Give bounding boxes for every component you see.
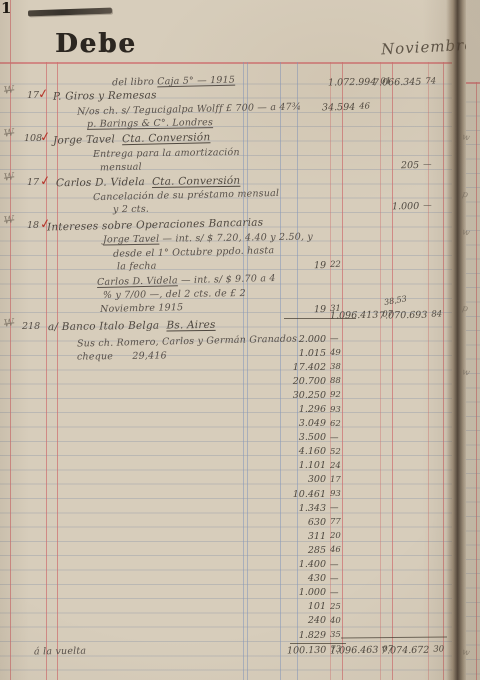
pencil-mark: w	[461, 367, 470, 378]
handwritten-line: del libro Caja 5° — 1915	[112, 75, 235, 89]
header-red-rule	[0, 62, 452, 64]
money-column-rule	[443, 62, 444, 680]
cents-rule	[428, 62, 429, 680]
column-rule	[247, 62, 248, 680]
pencil-mark: w	[461, 227, 470, 238]
pencil-mark: W	[3, 171, 15, 183]
handwritten-line: la fecha	[117, 261, 157, 273]
pencil-mark: w	[461, 647, 470, 658]
cheque-amount: 10125	[293, 600, 341, 614]
entry-title: P. Giros y Remesas	[53, 89, 157, 102]
facing-ruling	[466, 88, 480, 680]
handwritten-line: Jorge Tavel — int. s/ $ 7.20, 4.40 y 2.5…	[103, 232, 313, 246]
money-column-rule	[342, 62, 343, 680]
folio-number: 17	[27, 177, 39, 188]
cheque-amount: 17.40238	[293, 360, 341, 374]
cheque-amount-column: 2.000—1.0154917.4023820.7008830.250921.2…	[293, 332, 341, 642]
entry-title: Jorge Tavel Cta. Conversión	[53, 131, 211, 147]
facing-page-edge	[466, 0, 480, 680]
cheque-amount: 3.04962	[293, 417, 341, 431]
cheque-amount: 1.01549	[293, 346, 341, 360]
cheque-amount: 10.46193	[293, 487, 341, 501]
cheque-amount: 3.500—	[293, 431, 341, 445]
cheque-amount: 24040	[293, 614, 341, 628]
book-gutter	[446, 0, 466, 680]
entry-title: a/ Banco Italo Belga Bs. Aires	[48, 319, 216, 333]
cheque-amount: 4.16052	[293, 445, 341, 459]
carry-note: á la vuelta	[34, 646, 86, 658]
cheque-amount: 1.10124	[293, 459, 341, 473]
handwritten-line: Entrega para la amortización	[93, 147, 240, 160]
cheque-amount: 30.25092	[293, 388, 341, 402]
cheque-amount: 31120	[293, 529, 341, 543]
entry-amount: 1922	[314, 260, 341, 271]
page-number: 1	[1, 0, 11, 17]
handwritten-line: Cancelación de su préstamo mensual	[93, 188, 279, 203]
horizontal-ruling	[0, 70, 452, 680]
entry-title: Intereses sobre Operaciones Bancarias	[47, 217, 264, 234]
handwritten-line: desde el 1° Octubre ppdo. hasta	[113, 245, 274, 260]
check-column-rule	[57, 62, 58, 680]
handwritten-line: Carlos D. Videla — int. s/ $ 9.70 a 4	[97, 273, 276, 288]
column-rule	[243, 62, 244, 680]
facing-header-rule	[466, 82, 480, 84]
folio-number: 218	[22, 321, 40, 332]
pencil-mark: W	[3, 84, 15, 96]
cheque-amount: 20.70088	[293, 374, 341, 388]
total-rule	[341, 637, 447, 639]
entry-amount: 205—	[401, 160, 434, 172]
running-balance: 7.070.69384	[379, 309, 443, 321]
handwritten-line: Noviembre 1915	[100, 302, 184, 315]
cheque-amount: 430—	[293, 572, 341, 586]
entry-title: Carlos D. Videla Cta. Conversión	[56, 175, 240, 190]
posting-check-icon: ✓	[39, 129, 52, 145]
posting-check-icon: ✓	[37, 86, 50, 102]
column-total: 7.074.67230	[381, 644, 445, 656]
cheque-amount: 30017	[293, 473, 341, 487]
cheque-amount: 28546	[293, 543, 341, 557]
ledger-scan-page: 1 Debe Noviembre W W W W W 17 108 17 18 …	[0, 0, 480, 680]
handwritten-line: % y 7/00 —, del 2 cts. de £ 2	[103, 288, 246, 301]
cheque-amount: 1.000—	[293, 586, 341, 600]
pencil-mark: W	[3, 127, 15, 139]
pencil-mark: W	[3, 214, 15, 226]
facing-margin-rule	[476, 82, 477, 680]
pencil-mark: W	[3, 317, 15, 329]
cheque-amount: 2.000—	[293, 332, 341, 346]
cheque-amount: 1.400—	[293, 558, 341, 572]
cents-rule	[380, 62, 381, 680]
correction-note: 38,53	[383, 294, 407, 307]
page-title: Debe	[55, 29, 137, 59]
cheque-amount: 1.343—	[293, 501, 341, 515]
handwritten-line: Sus ch. Romero, Carlos y Germán Granados	[77, 334, 297, 350]
check-column-rule	[46, 62, 47, 680]
posting-check-icon: ✓	[39, 173, 52, 189]
entry-amount: 1.000—	[392, 201, 434, 213]
money-column-rule	[392, 62, 393, 680]
cheque-amount: 63077	[293, 515, 341, 529]
stamp-smudge	[28, 8, 112, 17]
handwritten-line: mensual	[100, 162, 142, 174]
folio-number: 18	[27, 220, 39, 231]
entry-amount: 34.59446	[322, 102, 370, 114]
column-rule	[280, 62, 281, 680]
opening-balance: 7.066.34574	[373, 76, 437, 88]
handwritten-line: y 2 cts.	[113, 204, 149, 216]
pencil-mark: w	[461, 132, 470, 143]
handwritten-line: cheque 29,416	[77, 350, 167, 362]
cheque-amount: 1.29693	[293, 402, 341, 416]
handwritten-line: p. Barings & C°. Londres	[87, 117, 213, 130]
handwritten-line: N/os ch. s/ Tegucigalpa Wolff £ 700 — a …	[77, 101, 301, 117]
cheque-amount: 1.82935	[293, 628, 341, 642]
subtotal-rule	[284, 318, 356, 319]
margin-rule	[10, 0, 11, 680]
